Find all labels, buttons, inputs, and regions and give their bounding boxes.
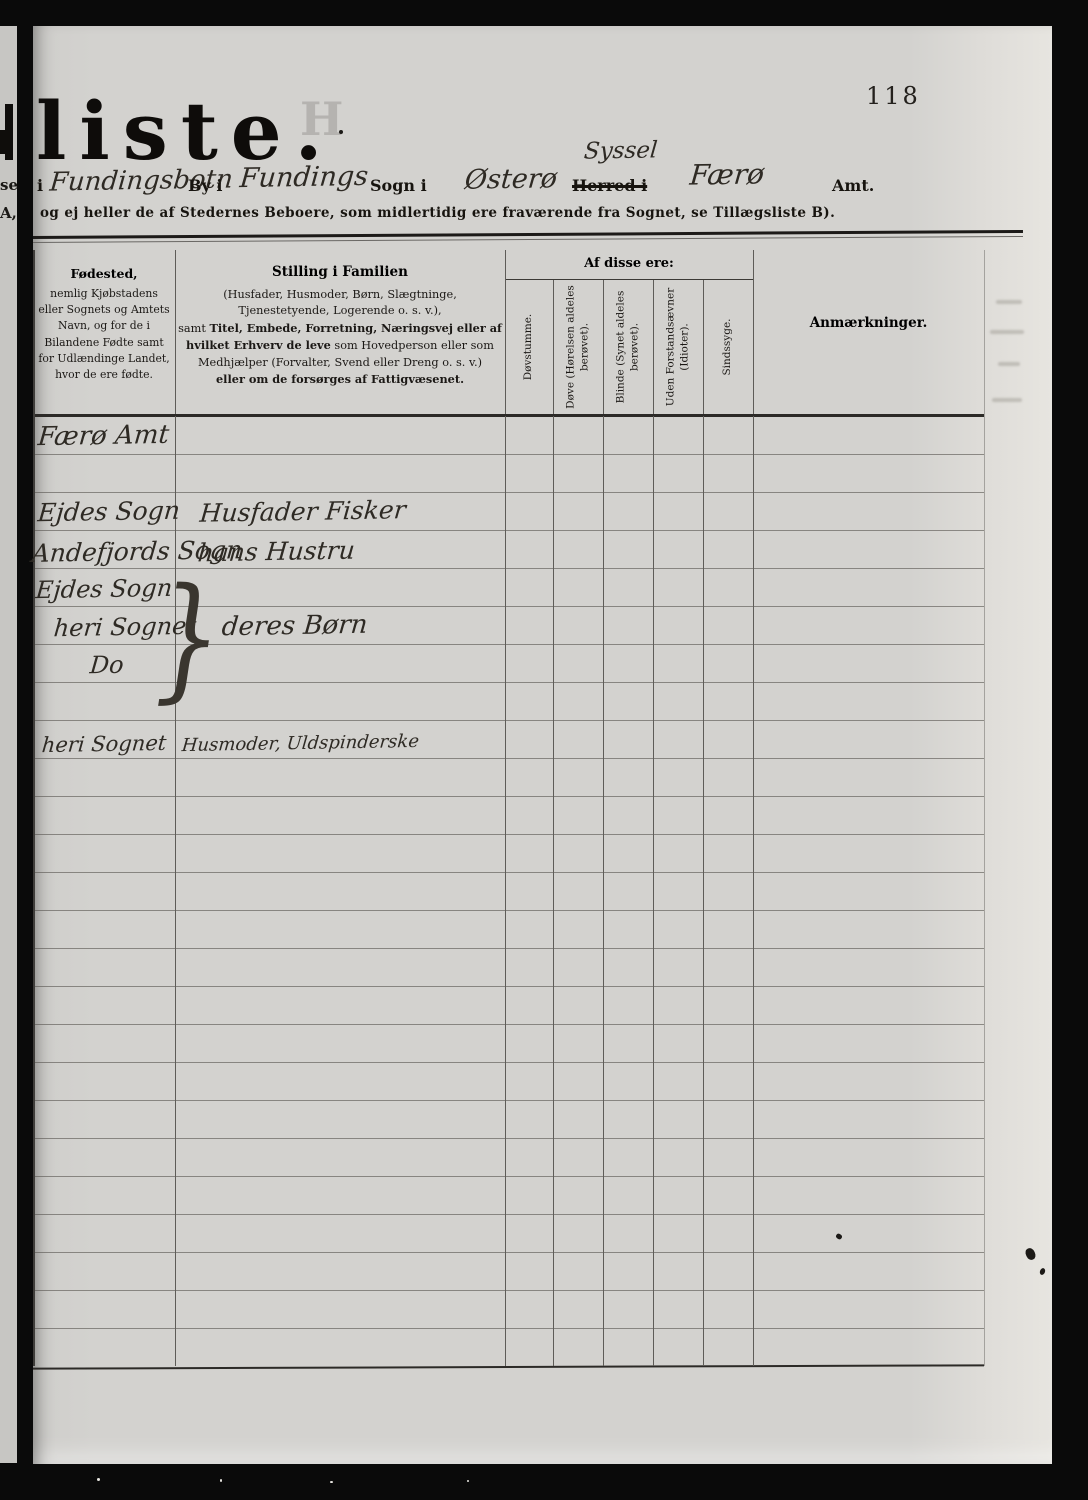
disability-column-header: Blinde (Synet aldeles berøvet). (603, 280, 653, 414)
remarks-column-title: Anmærkninger. (753, 315, 984, 331)
herred-struck-label: Herred i (572, 176, 647, 195)
page-number: 118 (866, 82, 921, 110)
ghost-letter: H (300, 92, 343, 146)
disability-column-header: Døve (Hørelsen aldeles berøvet). (553, 280, 603, 414)
scan-border-bottom (0, 1464, 1088, 1500)
adjacent-page-sliver (0, 26, 17, 1463)
position-column-description: (Husfader, Husmoder, Børn, Slægtninge,Tj… (177, 287, 503, 388)
scan-border-top (0, 0, 1088, 26)
position-header-segment: som Hovedperson eller som (331, 339, 494, 352)
birthplace-header-line: Bilandene Fødte samt (35, 335, 173, 351)
scanned-census-page: se A, liste. H 118 i Fundingsbotn By i F… (0, 0, 1088, 1500)
body-column-divider (505, 416, 506, 1366)
header-column-divider (175, 250, 176, 416)
table-right-border (984, 250, 985, 1366)
handwritten-entry: Husfader Fisker (199, 495, 408, 528)
header-column-divider (753, 250, 754, 416)
disability-column-header: Sindssyge. (703, 280, 753, 414)
district-handwritten: Østerø (464, 163, 559, 196)
disability-column-label: Blinde (Synet aldeles berøvet). (614, 284, 641, 410)
birthplace-header-line: eller Sognets og Amtets (35, 302, 173, 318)
position-header-segment: Tjenestetyende, Logerende o. s. v.), (238, 304, 441, 317)
amt-name-handwritten: Færø (688, 157, 765, 191)
birthplace-column-description: nemlig Kjøbstadenseller Sognets og Amtet… (35, 286, 173, 383)
position-header-line: hvilket Erhverv de leve som Hovedperson … (177, 337, 503, 354)
position-header-segment: eller om de forsørges af Fattigvæsenet. (216, 372, 464, 386)
group-header-af-disse-ere: Af disse ere: (505, 256, 753, 271)
bleed-through-mark (992, 398, 1022, 402)
brace-mark: } (154, 571, 221, 706)
handwritten-entry: deres Børn (221, 610, 369, 643)
adjacent-page-letter-fragment (5, 104, 13, 160)
header-column-divider (653, 280, 654, 416)
bleed-through-mark (990, 330, 1024, 334)
handwritten-entry: heri Sognet (41, 731, 168, 757)
body-column-divider (603, 416, 604, 1366)
disability-column-header: Døvstumme. (505, 280, 553, 414)
sogn-i-label: Sogn i (370, 176, 427, 195)
scan-dust-speck (330, 1481, 333, 1483)
scan-dust-speck (220, 1479, 222, 1482)
syssel-handwritten: Syssel (583, 137, 659, 164)
header-column-divider (603, 280, 604, 416)
position-column-title: Stilling i Familien (177, 264, 503, 280)
position-header-line: (Husfader, Husmoder, Børn, Slægtninge, (177, 287, 503, 303)
location-prefix: i (37, 176, 43, 195)
header-column-divider (703, 280, 704, 416)
bleed-through-mark (998, 362, 1020, 366)
position-header-line: samt Titel, Embede, Forretning, Næringsv… (177, 320, 503, 337)
birthplace-header-line: Navn, og for de i (35, 318, 173, 334)
disability-column-label: Døvstumme. (522, 284, 536, 410)
header-column-divider (505, 250, 506, 416)
body-column-divider (553, 416, 554, 1366)
parish-handwritten: Fundings (239, 161, 370, 194)
body-column-divider (753, 416, 754, 1366)
position-header-segment: Medhjælper (Forvalter, Svend eller Dreng… (198, 356, 482, 369)
adjacent-page-letter-fragment (0, 130, 6, 154)
disability-column-label: Døve (Hørelsen aldeles berøvet). (564, 284, 591, 410)
position-header-segment: hvilket Erhverv de leve (186, 338, 331, 352)
body-column-divider (653, 416, 654, 1366)
disability-column-header: Uden Forstandsævner (Idioter). (653, 280, 703, 414)
birthplace-header-line: for Udlændinge Landet, (35, 351, 173, 367)
ink-speck (339, 130, 343, 134)
scan-dust-speck (467, 1480, 469, 1482)
scan-dust-speck (97, 1478, 100, 1481)
table-left-border (33, 250, 35, 1366)
book-spine-bar (17, 0, 33, 1464)
position-header-line: Tjenestetyende, Logerende o. s. v.), (177, 303, 503, 319)
handwritten-entry: Færø Amt (37, 420, 171, 452)
position-header-line: Medhjælper (Forvalter, Svend eller Dreng… (177, 355, 503, 371)
body-column-divider (703, 416, 704, 1366)
position-header-line: eller om de forsørges af Fattigvæsenet. (177, 371, 503, 388)
bleed-through-mark (996, 300, 1022, 304)
disability-column-label: Uden Forstandsævner (Idioter). (664, 284, 691, 410)
birthplace-header-line: nemlig Kjøbstadens (35, 286, 173, 302)
handwritten-entry: Do (89, 651, 125, 680)
adjacent-page-text-fragment: se (0, 176, 18, 194)
birthplace-header-line: hvor de ere fødte. (35, 367, 173, 383)
handwritten-entry: Ejdes Sogn (35, 574, 174, 604)
header-column-divider (553, 280, 554, 416)
amt-label: Amt. (832, 176, 874, 195)
handwritten-entry: Ejdes Sogn (37, 496, 182, 527)
adjacent-page-text-fragment: A, (0, 204, 17, 222)
position-header-segment: samt (178, 322, 209, 335)
disability-column-label: Sindssyge. (721, 284, 735, 410)
position-header-segment: Titel, Embede, Forretning, Næringsvej el… (209, 321, 501, 335)
birthplace-column-title: Fødested, (35, 266, 173, 281)
scan-border-right (1052, 0, 1088, 1500)
position-header-segment: (Husfader, Husmoder, Børn, Slægtninge, (223, 288, 457, 301)
by-i-label: By i (188, 176, 222, 195)
handwritten-entry: Husmoder, Uldspinderske (181, 731, 420, 756)
exclusion-note: og ej heller de af Stedernes Beboere, so… (40, 205, 835, 221)
